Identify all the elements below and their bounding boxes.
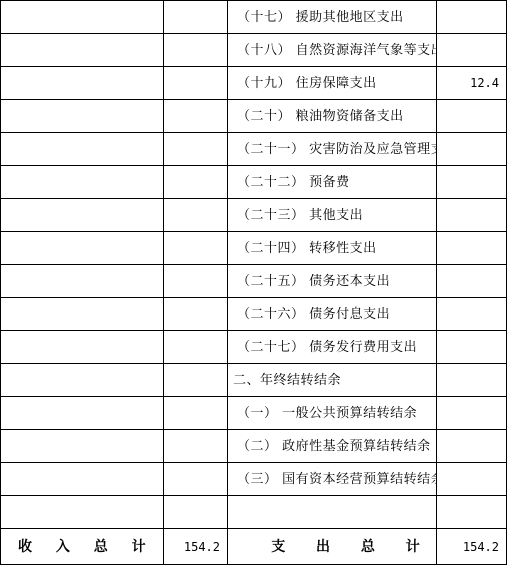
expense-amount-cell	[437, 166, 507, 199]
expense-item-cell: （二） 政府性基金预算结转结余	[228, 430, 437, 463]
table-row: （二十一） 灾害防治及应急管理支出	[1, 133, 507, 166]
income-item-cell	[1, 364, 164, 397]
income-amount-cell	[164, 430, 228, 463]
table-row: （二十五） 债务还本支出	[1, 265, 507, 298]
income-amount-cell	[164, 1, 228, 34]
expense-amount-cell	[437, 397, 507, 430]
income-amount-cell	[164, 232, 228, 265]
income-amount-cell	[164, 364, 228, 397]
income-item-cell	[1, 265, 164, 298]
income-amount-cell	[164, 67, 228, 100]
income-total-label: 收 入 总 计	[1, 529, 164, 565]
income-item-cell	[1, 496, 164, 529]
income-amount-cell	[164, 496, 228, 529]
table-row: （三） 国有资本经营预算结转结余	[1, 463, 507, 496]
expense-item-cell: （二十） 粮油物资储备支出	[228, 100, 437, 133]
expense-item-cell	[228, 496, 437, 529]
expense-item-cell: （二十六） 债务付息支出	[228, 298, 437, 331]
income-amount-cell	[164, 265, 228, 298]
income-item-cell	[1, 331, 164, 364]
expense-item-cell: （二十五） 债务还本支出	[228, 265, 437, 298]
expense-item-cell: （十九） 住房保障支出	[228, 67, 437, 100]
expense-amount-cell	[437, 232, 507, 265]
income-amount-cell	[164, 34, 228, 67]
expense-item-cell: （十七） 援助其他地区支出	[228, 1, 437, 34]
table-row-section: 二、年终结转结余	[1, 364, 507, 397]
expense-total-label: 支 出 总 计	[228, 529, 437, 565]
expense-item-cell: （二十七） 债务发行费用支出	[228, 331, 437, 364]
expense-item-cell: （二十三） 其他支出	[228, 199, 437, 232]
table-row: （二） 政府性基金预算结转结余	[1, 430, 507, 463]
expense-item-cell: （十八） 自然资源海洋气象等支出	[228, 34, 437, 67]
expense-item-cell: （二十一） 灾害防治及应急管理支出	[228, 133, 437, 166]
income-item-cell	[1, 67, 164, 100]
table-row: （二十） 粮油物资储备支出	[1, 100, 507, 133]
income-item-cell	[1, 463, 164, 496]
expense-amount-cell	[437, 199, 507, 232]
income-item-cell	[1, 298, 164, 331]
income-amount-cell	[164, 199, 228, 232]
expense-amount-cell	[437, 430, 507, 463]
income-amount-cell	[164, 100, 228, 133]
expense-amount-cell	[437, 265, 507, 298]
income-item-cell	[1, 1, 164, 34]
table-row: （十九） 住房保障支出 12.4	[1, 67, 507, 100]
expense-amount-cell	[437, 1, 507, 34]
income-total-amount: 154.2	[164, 529, 228, 565]
expense-amount-cell	[437, 364, 507, 397]
income-item-cell	[1, 430, 164, 463]
expense-amount-cell	[437, 463, 507, 496]
income-item-cell	[1, 100, 164, 133]
expense-item-cell: （二十二） 预备费	[228, 166, 437, 199]
expense-amount-cell	[437, 133, 507, 166]
income-amount-cell	[164, 166, 228, 199]
expense-amount-cell: 12.4	[437, 67, 507, 100]
table-row: （十八） 自然资源海洋气象等支出	[1, 34, 507, 67]
income-amount-cell	[164, 133, 228, 166]
table-row-empty	[1, 496, 507, 529]
expense-item-cell: （二十四） 转移性支出	[228, 232, 437, 265]
table-row: （二十六） 债务付息支出	[1, 298, 507, 331]
income-item-cell	[1, 232, 164, 265]
expense-total-amount: 154.2	[437, 529, 507, 565]
table-row: （二十七） 债务发行费用支出	[1, 331, 507, 364]
income-item-cell	[1, 133, 164, 166]
table-row: （二十二） 预备费	[1, 166, 507, 199]
expense-item-cell: （一） 一般公共预算结转结余	[228, 397, 437, 430]
income-item-cell	[1, 166, 164, 199]
table-row: （二十四） 转移性支出	[1, 232, 507, 265]
expense-amount-cell	[437, 34, 507, 67]
budget-table: （十七） 援助其他地区支出 （十八） 自然资源海洋气象等支出 （十九） 住房保障…	[0, 0, 507, 565]
expense-amount-cell	[437, 496, 507, 529]
expense-item-cell: （三） 国有资本经营预算结转结余	[228, 463, 437, 496]
income-item-cell	[1, 397, 164, 430]
expense-amount-cell	[437, 298, 507, 331]
table-row: （二十三） 其他支出	[1, 199, 507, 232]
table-row: （十七） 援助其他地区支出	[1, 1, 507, 34]
income-amount-cell	[164, 298, 228, 331]
income-item-cell	[1, 34, 164, 67]
expense-section-cell: 二、年终结转结余	[228, 364, 437, 397]
income-amount-cell	[164, 463, 228, 496]
expense-amount-cell	[437, 100, 507, 133]
table-row: （一） 一般公共预算结转结余	[1, 397, 507, 430]
income-amount-cell	[164, 331, 228, 364]
income-amount-cell	[164, 397, 228, 430]
expense-amount-cell	[437, 331, 507, 364]
total-row: 收 入 总 计 154.2 支 出 总 计 154.2	[1, 529, 507, 565]
income-item-cell	[1, 199, 164, 232]
